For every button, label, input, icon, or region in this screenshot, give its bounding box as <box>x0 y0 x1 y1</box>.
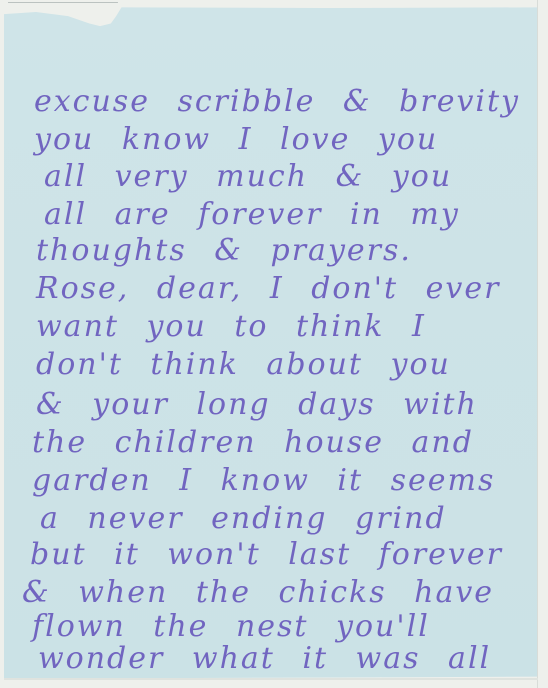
letter-line-12: a never ending grind <box>40 504 447 534</box>
letter-line-6: Rose, dear, I don't ever <box>36 274 500 304</box>
letter-line-16: wonder what it was all <box>38 644 491 674</box>
letter-line-1: excuse scribble & brevity <box>34 87 520 117</box>
letter-line-11: garden I know it seems <box>32 466 495 496</box>
letter-line-7: want you to think I <box>36 312 426 342</box>
letter-line-15: flown the nest you'll <box>32 612 430 642</box>
paper-bottom-edge <box>4 678 538 680</box>
letter-line-13: but it won't last forever <box>30 540 503 570</box>
torn-paper-edge <box>8 2 118 25</box>
letter-line-14: & when the chicks have <box>22 578 494 608</box>
letter-line-3: all very much & you <box>44 162 452 192</box>
letter-line-2: you know I love you <box>34 125 438 155</box>
scanned-letter: excuse scribble & brevity you know I lov… <box>0 0 548 688</box>
letter-line-5: thoughts & prayers. <box>36 236 412 266</box>
letter-line-4: all are forever in my <box>44 200 460 230</box>
letter-line-9: & your long days with <box>36 390 478 420</box>
paper-right-edge <box>537 0 538 688</box>
letter-line-8: don't think about you <box>36 350 451 380</box>
letter-line-10: the children house and <box>32 428 474 458</box>
